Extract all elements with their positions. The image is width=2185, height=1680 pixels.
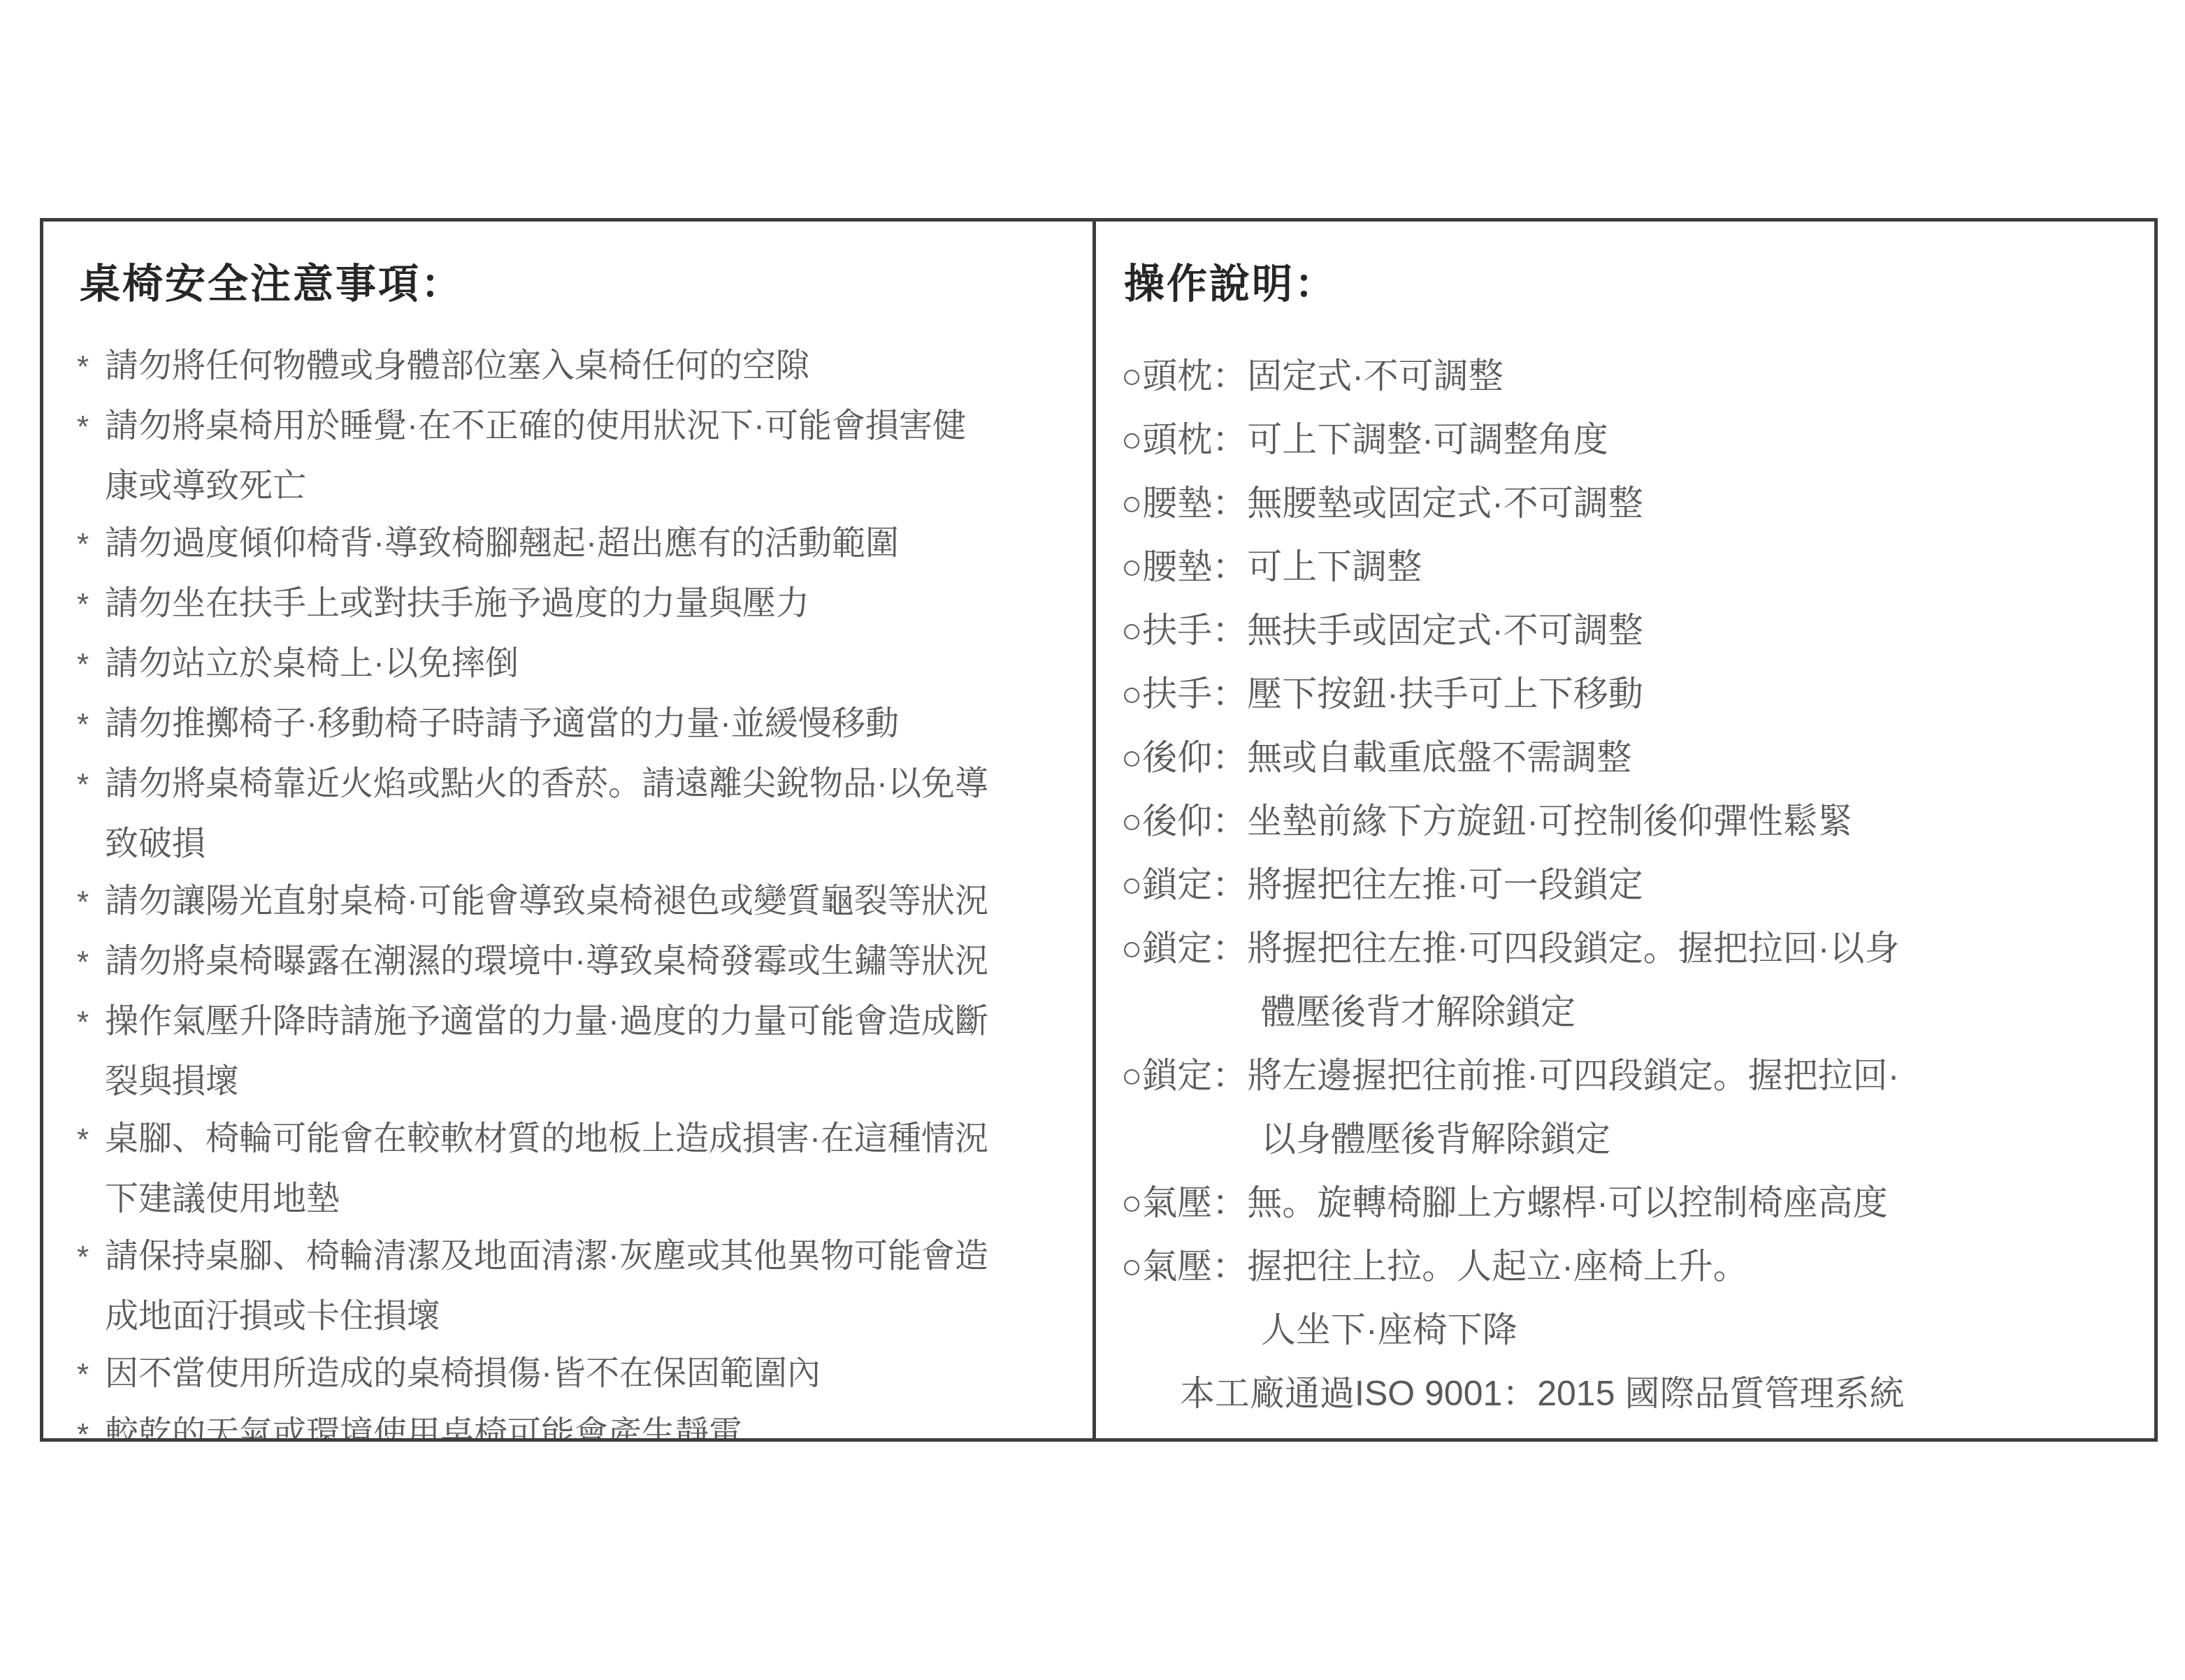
circle-bullet: ○	[1121, 1056, 1142, 1095]
safety-line-text: 成地面汙損或卡住損壞	[105, 1288, 440, 1345]
operation-line: ○腰墊：無腰墊或固定式·不可調整	[1121, 472, 2133, 535]
safety-line-text: 請保持桌腳、椅輪清潔及地面清潔·灰塵或其他異物可能會造	[105, 1228, 988, 1285]
operation-line: 體壓後背才解除鎖定	[1121, 980, 2133, 1044]
asterisk-bullet: *	[77, 515, 105, 575]
operation-list: ○頭枕：固定式·不可調整○頭枕：可上下調整·可調整角度○腰墊：無腰墊或固定式·不…	[1121, 345, 2133, 1426]
circle-bullet: ○	[1121, 674, 1142, 714]
safety-line: *請勿推擲椅子·移動椅子時請予適當的力量·並緩慢移動	[77, 695, 1069, 755]
operation-line-text: 鎖定：將左邊握把往前推·可四段鎖定。握把拉回·	[1142, 1056, 1899, 1095]
safety-line: *桌腳、椅輪可能會在較軟材質的地板上造成損害·在這種情況	[77, 1110, 1069, 1171]
safety-line-text: 康或導致死亡	[105, 458, 306, 515]
safety-line: 裂與損壞	[77, 1053, 1069, 1110]
circle-bullet: ○	[1121, 611, 1142, 650]
safety-line: *請保持桌腳、椅輪清潔及地面清潔·灰塵或其他異物可能會造	[77, 1228, 1069, 1288]
operation-line: ○頭枕：固定式·不可調整	[1121, 345, 2133, 408]
operation-line-text: 後仰：無或自載重底盤不需調整	[1142, 738, 1631, 777]
operation-panel: 操作說明： ○頭枕：固定式·不可調整○頭枕：可上下調整·可調整角度○腰墊：無腰墊…	[1096, 222, 2154, 1438]
safety-line-text: 操作氣壓升降時請施予適當的力量·過度的力量可能會造成斷	[105, 993, 988, 1050]
asterisk-bullet: *	[77, 695, 105, 755]
asterisk-bullet: *	[77, 1228, 105, 1288]
safety-line: *請勿坐在扶手上或對扶手施予過度的力量與壓力	[77, 575, 1069, 635]
asterisk-bullet: *	[77, 933, 105, 993]
asterisk-bullet: *	[77, 1405, 105, 1438]
safety-line: 康或導致死亡	[77, 458, 1069, 515]
safety-line-text: 下建議使用地墊	[105, 1171, 340, 1228]
circle-bullet: ○	[1121, 738, 1142, 777]
safety-line: *請勿將桌椅曝露在潮濕的環境中·導致桌椅發霉或生鏽等狀況	[77, 933, 1069, 993]
operation-line-text: 扶手：無扶手或固定式·不可調整	[1142, 611, 1643, 650]
safety-line: *請勿將桌椅用於睡覺·在不正確的使用狀況下·可能會損害健	[77, 398, 1069, 458]
safety-line: *較乾的天氣或環境使用桌椅可能會產生靜電	[77, 1405, 1069, 1438]
asterisk-bullet: *	[77, 755, 105, 816]
safety-line-text: 請勿推擲椅子·移動椅子時請予適當的力量·並緩慢移動	[105, 695, 899, 753]
circle-bullet: ○	[1121, 1183, 1142, 1222]
operation-line-text: 頭枕：可上下調整·可調整角度	[1142, 420, 1608, 459]
safety-line: *因不當使用所造成的桌椅損傷·皆不在保固範圍內	[77, 1345, 1069, 1405]
safety-list: *請勿將任何物體或身體部位塞入桌椅任何的空隙*請勿將桌椅用於睡覺·在不正確的使用…	[77, 338, 1069, 1438]
operation-line: 以身體壓後背解除鎖定	[1121, 1108, 2133, 1171]
safety-line-text: 請勿將任何物體或身體部位塞入桌椅任何的空隙	[105, 338, 809, 395]
safety-title: 桌椅安全注意事項：	[80, 256, 1069, 312]
operation-line-text: 後仰：坐墊前緣下方旋鈕·可控制後仰彈性鬆緊	[1142, 802, 1853, 841]
operation-line-text: 鎖定：將握把往左推·可四段鎖定。握把拉回·以身	[1142, 929, 1899, 968]
operation-line: 本工廠通過ISO 9001：2015 國際品質管理系統	[1121, 1362, 2133, 1426]
safety-line: *請勿將任何物體或身體部位塞入桌椅任何的空隙	[77, 338, 1069, 398]
operation-line: ○扶手：無扶手或固定式·不可調整	[1121, 599, 2133, 662]
safety-line-text: 請勿讓陽光直射桌椅·可能會導致桌椅褪色或變質龜裂等狀況	[105, 873, 988, 930]
circle-bullet: ○	[1121, 802, 1142, 841]
operation-line-text: 腰墊：無腰墊或固定式·不可調整	[1142, 484, 1643, 523]
operation-line: ○氣壓：握把往上拉。人起立·座椅上升。	[1121, 1235, 2133, 1298]
asterisk-bullet: *	[77, 398, 105, 458]
operation-line-text: 體壓後背才解除鎖定	[1261, 992, 1575, 1031]
operation-line: ○鎖定：將握把往左推·可四段鎖定。握把拉回·以身	[1121, 917, 2133, 980]
circle-bullet: ○	[1121, 420, 1142, 459]
operation-line-text: 本工廠通過ISO 9001：2015 國際品質管理系統	[1180, 1374, 1904, 1413]
safety-line-text: 請勿坐在扶手上或對扶手施予過度的力量與壓力	[105, 575, 809, 632]
operation-line: ○鎖定：將握把往左推·可一段鎖定	[1121, 853, 2133, 917]
circle-bullet: ○	[1121, 484, 1142, 523]
operation-line: ○後仰：無或自載重底盤不需調整	[1121, 726, 2133, 790]
asterisk-bullet: *	[77, 635, 105, 695]
asterisk-bullet: *	[77, 1345, 105, 1405]
circle-bullet: ○	[1121, 1247, 1142, 1286]
asterisk-bullet: *	[77, 993, 105, 1053]
operation-line-text: 氣壓：無。旋轉椅腳上方螺桿·可以控制椅座高度	[1142, 1183, 1888, 1222]
safety-line-text: 請勿將桌椅靠近火焰或點火的香菸。請遠離尖銳物品·以免導	[105, 755, 988, 813]
safety-line: *請勿讓陽光直射桌椅·可能會導致桌椅褪色或變質龜裂等狀況	[77, 873, 1069, 933]
safety-line: *操作氣壓升降時請施予適當的力量·過度的力量可能會造成斷	[77, 993, 1069, 1053]
operation-line-text: 頭枕：固定式·不可調整	[1142, 356, 1503, 396]
operation-line: ○頭枕：可上下調整·可調整角度	[1121, 408, 2133, 472]
safety-line-text: 請勿站立於桌椅上·以免摔倒	[105, 635, 519, 693]
instruction-sheet: 桌椅安全注意事項： *請勿將任何物體或身體部位塞入桌椅任何的空隙*請勿將桌椅用於…	[40, 218, 2158, 1442]
circle-bullet: ○	[1121, 929, 1142, 968]
safety-line-text: 請勿將桌椅曝露在潮濕的環境中·導致桌椅發霉或生鏽等狀況	[105, 933, 988, 990]
safety-line-text: 因不當使用所造成的桌椅損傷·皆不在保固範圍內	[105, 1345, 821, 1403]
asterisk-bullet: *	[77, 338, 105, 398]
operation-line-text: 扶手：壓下按鈕·扶手可上下移動	[1142, 674, 1643, 714]
operation-line: ○腰墊：可上下調整	[1121, 535, 2133, 599]
safety-line-text: 較乾的天氣或環境使用桌椅可能會產生靜電	[105, 1405, 742, 1438]
safety-line: *請勿站立於桌椅上·以免摔倒	[77, 635, 1069, 695]
operation-line: ○扶手：壓下按鈕·扶手可上下移動	[1121, 662, 2133, 726]
safety-line-text: 請勿過度傾仰椅背·導致椅腳翹起·超出應有的活動範圍	[105, 515, 899, 572]
operation-line: 人坐下·座椅下降	[1121, 1298, 2133, 1362]
circle-bullet: ○	[1121, 356, 1142, 396]
safety-line-text: 桌腳、椅輪可能會在較軟材質的地板上造成損害·在這種情況	[105, 1110, 988, 1168]
circle-bullet: ○	[1121, 547, 1142, 586]
asterisk-bullet: *	[77, 575, 105, 635]
operation-line: ○氣壓：無。旋轉椅腳上方螺桿·可以控制椅座高度	[1121, 1171, 2133, 1235]
safety-line-text: 請勿將桌椅用於睡覺·在不正確的使用狀況下·可能會損害健	[105, 398, 966, 455]
operation-line: ○後仰：坐墊前緣下方旋鈕·可控制後仰彈性鬆緊	[1121, 790, 2133, 853]
safety-line-text: 裂與損壞	[105, 1053, 239, 1110]
operation-line-text: 以身體壓後背解除鎖定	[1261, 1120, 1610, 1159]
safety-panel: 桌椅安全注意事項： *請勿將任何物體或身體部位塞入桌椅任何的空隙*請勿將桌椅用於…	[43, 222, 1096, 1438]
operation-line-text: 氣壓：握把往上拉。人起立·座椅上升。	[1142, 1247, 1748, 1286]
operation-line-text: 腰墊：可上下調整	[1142, 547, 1422, 586]
safety-line: 下建議使用地墊	[77, 1171, 1069, 1228]
safety-line: 致破損	[77, 816, 1069, 873]
safety-line: *請勿將桌椅靠近火焰或點火的香菸。請遠離尖銳物品·以免導	[77, 755, 1069, 816]
safety-line-text: 致破損	[105, 816, 205, 873]
safety-line: 成地面汙損或卡住損壞	[77, 1288, 1069, 1345]
circle-bullet: ○	[1121, 865, 1142, 904]
asterisk-bullet: *	[77, 1110, 105, 1171]
operation-line-text: 鎖定：將握把往左推·可一段鎖定	[1142, 865, 1643, 904]
operation-title: 操作說明：	[1124, 256, 2133, 312]
operation-line: ○鎖定：將左邊握把往前推·可四段鎖定。握把拉回·	[1121, 1044, 2133, 1108]
asterisk-bullet: *	[77, 873, 105, 933]
safety-line: *請勿過度傾仰椅背·導致椅腳翹起·超出應有的活動範圍	[77, 515, 1069, 575]
operation-line-text: 人坐下·座椅下降	[1261, 1310, 1517, 1349]
